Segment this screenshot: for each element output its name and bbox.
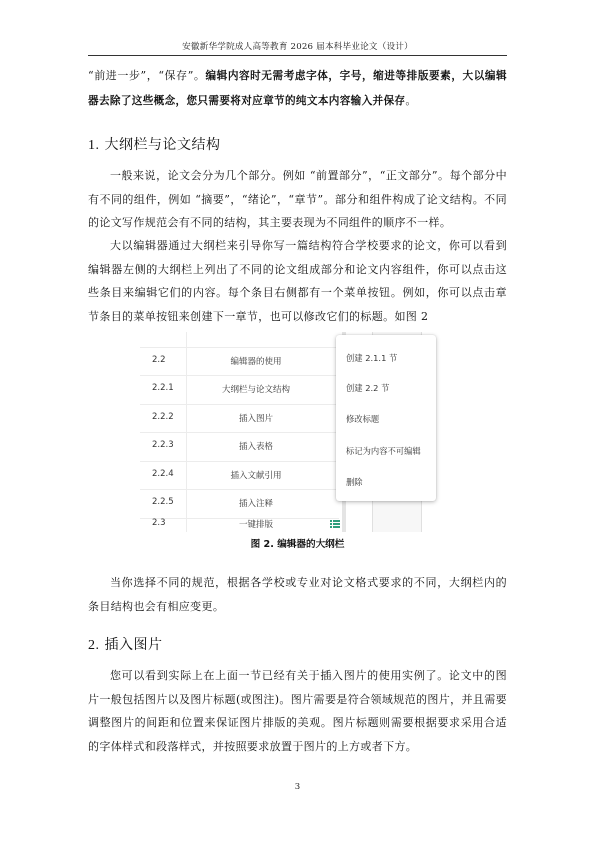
section-1-title: 大纲栏与论文结构: [104, 137, 220, 153]
menu-item-rename[interactable]: 修改标题: [346, 413, 379, 425]
intro-end: 。: [405, 94, 416, 107]
section-1-paragraph-1: 一般来说，论文会分为几个部分。例如 “前置部分”，“正文部分”。每个部分中有不同…: [88, 164, 507, 235]
page-number: 3: [88, 782, 507, 792]
menu-item-delete[interactable]: 删除: [346, 476, 363, 488]
outline-row[interactable]: 2.3 一键排版: [140, 510, 339, 532]
outline-row-title: 大纲栏与论文结构: [186, 383, 326, 395]
outline-row-title: 编辑器的使用: [186, 355, 326, 367]
section-1-paragraph-3: 当你选择不同的规范，根据各学校或专业对论文格式要求的不同，大纲栏内的条目结构也会…: [88, 571, 507, 618]
section-2-paragraph-1: 您可以看到实际上在上面一节已经有关于插入图片的使用实例了。论文中的图片一般包括图…: [88, 664, 507, 758]
menu-item-create-2-1-1[interactable]: 创建 2.1.1 节: [346, 352, 397, 364]
menu-item-create-2-2[interactable]: 创建 2.2 节: [346, 382, 389, 394]
outline-row-title: 插入注释: [186, 497, 326, 509]
outline-row[interactable]: 2.2.1 大纲栏与论文结构: [140, 375, 339, 405]
outline-row[interactable]: 2.2.3 插入表格: [140, 432, 339, 462]
figure-caption: 图 2. 编辑器的大纲栏: [88, 536, 507, 550]
outline-row-title: 一键排版: [186, 518, 326, 530]
section-1-heading: 1. 大纲栏与论文结构: [88, 134, 220, 154]
outline-row-title: 插入表格: [186, 440, 326, 452]
outline-row-number: 2.2.5: [152, 497, 174, 507]
outline-row[interactable]: 2.2 编辑器的使用: [140, 347, 339, 377]
outline-panel: 2.2 编辑器的使用 2.2.1 大纲栏与论文结构 2.2.2 插入图片 2.2…: [140, 332, 339, 532]
outline-row-number: 2.2.3: [152, 440, 174, 450]
section-2-title: 插入图片: [104, 637, 162, 653]
section-2-number: 2.: [88, 638, 100, 653]
outline-row[interactable]: 2.2.2 插入图片: [140, 404, 339, 434]
intro-normal-text: “前进一步”，“保存”。: [88, 69, 205, 82]
outline-row-number: 2.3: [152, 518, 166, 528]
outline-row-number: 2.2.1: [152, 383, 174, 393]
outline-row-title: 插入图片: [186, 412, 326, 424]
section-1-paragraph-2: 大以编辑器通过大纲栏来引导你写一篇结构符合学校要求的论文，你可以看到编辑器左侧的…: [88, 234, 507, 328]
intro-paragraph: “前进一步”，“保存”。编辑内容时无需考虑字体，字号，缩进等排版要素，大以编辑器…: [88, 64, 507, 113]
section-1-number: 1.: [88, 138, 100, 153]
intro-bold-text-1: 编辑内容时无需考虑字体，字号，缩进等排版要素，大以: [205, 70, 484, 82]
outline-figure: 2.2 编辑器的使用 2.2.1 大纲栏与论文结构 2.2.2 插入图片 2.2…: [140, 332, 460, 532]
header-rule: [88, 55, 507, 56]
section-2-heading: 2. 插入图片: [88, 634, 162, 654]
outline-row-partial: [140, 332, 339, 348]
outline-row-number: 2.2: [152, 355, 166, 365]
menu-item-mark-readonly[interactable]: 标记为内容不可编辑: [346, 445, 421, 457]
outline-row[interactable]: 2.2.4 插入文献引用: [140, 461, 339, 491]
list-menu-icon[interactable]: [330, 520, 340, 528]
outline-context-menu: 创建 2.1.1 节 创建 2.2 节 修改标题 标记为内容不可编辑 删除: [336, 335, 436, 501]
outline-row-number: 2.2.2: [152, 412, 174, 422]
outline-row-number: 2.2.4: [152, 469, 174, 479]
outline-row-title: 插入文献引用: [186, 469, 326, 481]
page-header: 安徽新华学院成人高等教育 2026 届本科毕业论文（设计）: [88, 40, 507, 52]
